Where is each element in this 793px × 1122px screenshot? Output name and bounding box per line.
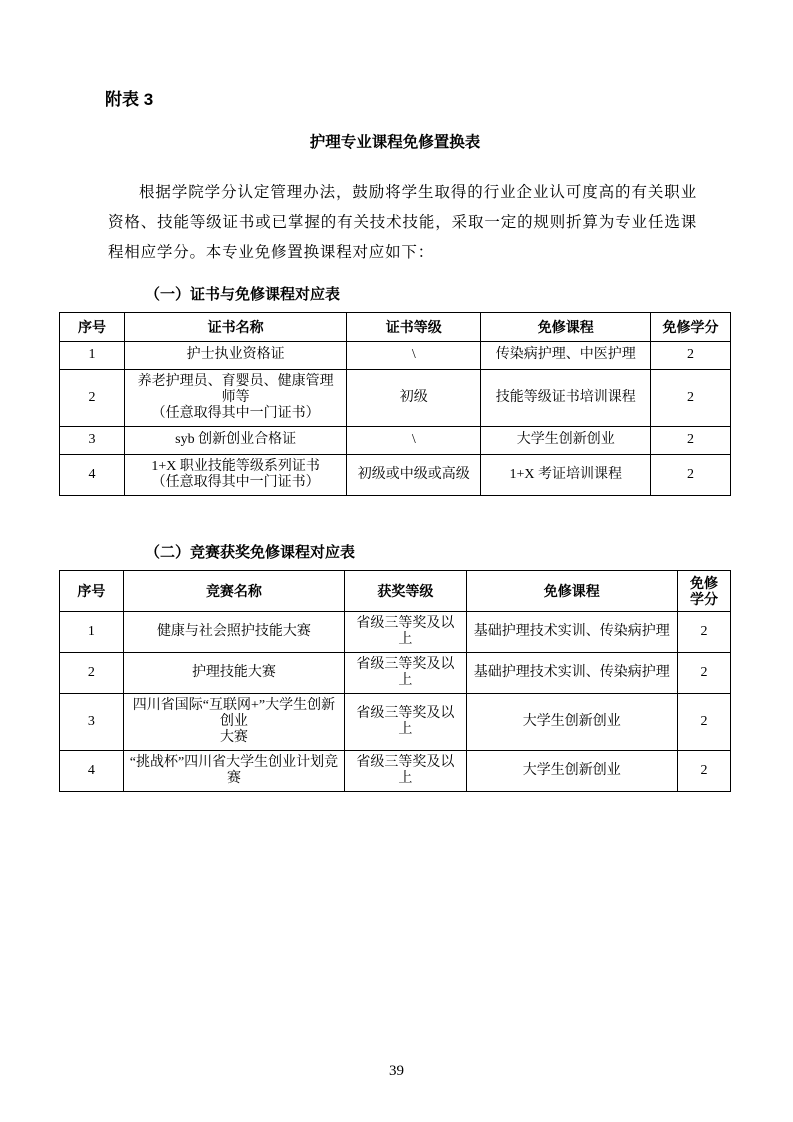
table-cell: 技能等级证书培训课程	[481, 369, 651, 426]
table-cell: 2	[651, 426, 731, 454]
table-cell: 3	[60, 693, 124, 750]
table-cell: 4	[60, 750, 124, 791]
table-cell: 健康与社会照护技能大赛	[123, 611, 344, 652]
table-cell: \	[347, 426, 481, 454]
intro-paragraph: 根据学院学分认定管理办法，鼓励将学生取得的行业企业认可度高的有关职业资格、技能等…	[108, 178, 697, 268]
table-cell: 1	[60, 611, 124, 652]
certificates-table-body: 1护士执业资格证\传染病护理、中医护理22养老护理员、育婴员、健康管理师等 （任…	[60, 341, 731, 495]
table-cell: syb 创新创业合格证	[125, 426, 347, 454]
table-row: 41+X 职业技能等级系列证书 （任意取得其中一门证书）初级或中级或高级1+X …	[60, 454, 731, 495]
table-cell: 基础护理技术实训、传染病护理	[466, 611, 677, 652]
document-title: 护理专业课程免修置换表	[59, 132, 731, 154]
table-cell: 护士执业资格证	[125, 341, 347, 369]
table-cell: 护理技能大赛	[123, 652, 344, 693]
table-cell: 2	[677, 611, 730, 652]
column-header: 免修课程	[466, 570, 677, 611]
table-cell: 2	[60, 652, 124, 693]
page-number: 39	[0, 1063, 793, 1080]
table-cell: 大学生创新创业	[466, 693, 677, 750]
table-cell: 大学生创新创业	[466, 750, 677, 791]
table-cell: 2	[651, 341, 731, 369]
section-heading-competitions: （二）竞赛获奖免修课程对应表	[145, 542, 731, 564]
column-header: 证书名称	[125, 312, 347, 341]
column-header: 竞赛名称	[123, 570, 344, 611]
column-header: 序号	[60, 570, 124, 611]
appendix-label: 附表 3	[105, 88, 731, 112]
document-page: 附表 3 护理专业课程免修置换表 根据学院学分认定管理办法，鼓励将学生取得的行业…	[0, 0, 793, 1122]
table-cell: 1+X 考证培训课程	[481, 454, 651, 495]
table-cell: 省级三等奖及以上	[345, 693, 466, 750]
column-header: 免修课程	[481, 312, 651, 341]
table-cell: 省级三等奖及以上	[345, 652, 466, 693]
table-cell: 2	[651, 454, 731, 495]
table-cell: 3	[60, 426, 125, 454]
table-row: 2养老护理员、育婴员、健康管理师等 （任意取得其中一门证书）初级技能等级证书培训…	[60, 369, 731, 426]
table-cell: 2	[677, 693, 730, 750]
table-cell: 1+X 职业技能等级系列证书 （任意取得其中一门证书）	[125, 454, 347, 495]
table-row: 2护理技能大赛省级三等奖及以上基础护理技术实训、传染病护理2	[60, 652, 731, 693]
table-cell: 初级或中级或高级	[347, 454, 481, 495]
certificates-table: 序号证书名称证书等级免修课程免修学分 1护士执业资格证\传染病护理、中医护理22…	[59, 312, 731, 496]
table-cell: 基础护理技术实训、传染病护理	[466, 652, 677, 693]
table-row: 4“挑战杯”四川省大学生创业计划竞赛省级三等奖及以上大学生创新创业2	[60, 750, 731, 791]
table-row: 3四川省国际“互联网+”大学生创新创业 大赛省级三等奖及以上大学生创新创业2	[60, 693, 731, 750]
competitions-table: 序号竞赛名称获奖等级免修课程免修学分 1健康与社会照护技能大赛省级三等奖及以上基…	[59, 570, 731, 792]
table-cell: 2	[651, 369, 731, 426]
column-header: 获奖等级	[345, 570, 466, 611]
table-cell: “挑战杯”四川省大学生创业计划竞赛	[123, 750, 344, 791]
table-cell: 2	[677, 652, 730, 693]
table-cell: 养老护理员、育婴员、健康管理师等 （任意取得其中一门证书）	[125, 369, 347, 426]
table-cell: 四川省国际“互联网+”大学生创新创业 大赛	[123, 693, 344, 750]
column-header: 序号	[60, 312, 125, 341]
table-cell: 传染病护理、中医护理	[481, 341, 651, 369]
column-header: 证书等级	[347, 312, 481, 341]
table-cell: 初级	[347, 369, 481, 426]
table-row: 1健康与社会照护技能大赛省级三等奖及以上基础护理技术实训、传染病护理2	[60, 611, 731, 652]
table-cell: 4	[60, 454, 125, 495]
column-header: 免修学分	[677, 570, 730, 611]
competitions-table-header-row: 序号竞赛名称获奖等级免修课程免修学分	[60, 570, 731, 611]
table-row: 1护士执业资格证\传染病护理、中医护理2	[60, 341, 731, 369]
competitions-table-body: 1健康与社会照护技能大赛省级三等奖及以上基础护理技术实训、传染病护理22护理技能…	[60, 611, 731, 791]
table-cell: 2	[60, 369, 125, 426]
column-header: 免修学分	[651, 312, 731, 341]
table-row: 3syb 创新创业合格证\大学生创新创业2	[60, 426, 731, 454]
table-cell: 1	[60, 341, 125, 369]
certificates-table-header-row: 序号证书名称证书等级免修课程免修学分	[60, 312, 731, 341]
table-cell: 2	[677, 750, 730, 791]
table-cell: 省级三等奖及以上	[345, 750, 466, 791]
section-heading-certificates: （一）证书与免修课程对应表	[145, 284, 731, 306]
table-cell: 大学生创新创业	[481, 426, 651, 454]
table-cell: \	[347, 341, 481, 369]
table-cell: 省级三等奖及以上	[345, 611, 466, 652]
